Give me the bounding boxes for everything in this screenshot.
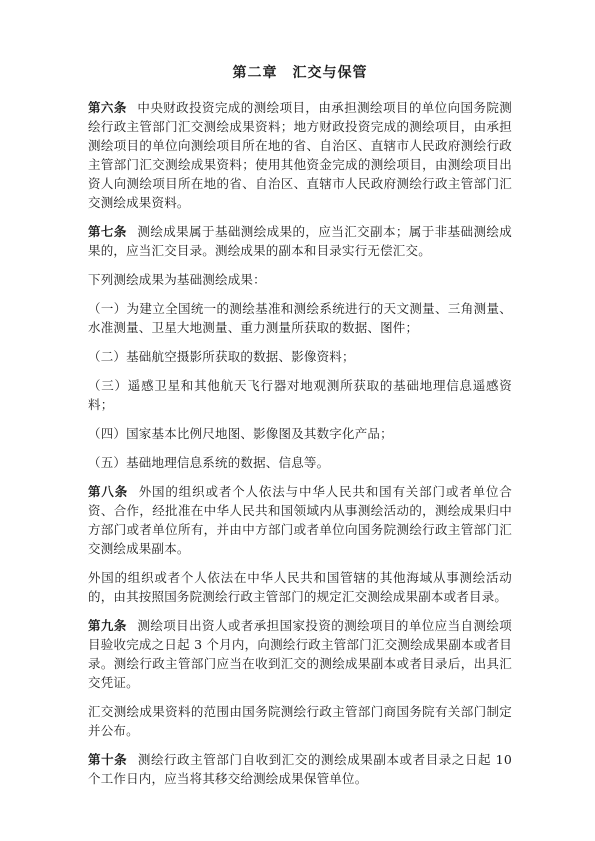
article-6-label: 第六条 — [88, 100, 127, 115]
list-item-4: （四）国家基本比例尺地图、影像图及其数字化产品； — [88, 424, 512, 443]
document-page: 第二章 汇交与保管 第六条中央财政投资完成的测绘项目，由承担测绘项目的单位向国务… — [0, 0, 595, 841]
paragraph-article-7: 第七条测绘成果属于基础测绘成果的，应当汇交副本；属于非基础测绘成果的，应当汇交目… — [88, 222, 512, 260]
article-10-text: 测绘行政主管部门自收到汇交的测绘成果副本或者目录之日起 10 个工作日内，应当将… — [88, 752, 512, 786]
paragraph-article-6: 第六条中央财政投资完成的测绘项目，由承担测绘项目的单位向国务院测绘行政主管部门汇… — [88, 98, 512, 212]
article-10-label: 第十条 — [88, 752, 127, 767]
paragraph-article-10: 第十条测绘行政主管部门自收到汇交的测绘成果副本或者目录之日起 10 个工作日内，… — [88, 750, 512, 788]
paragraph-article-8-supplement: 外国的组织或者个人依法在中华人民共和国管辖的其他海域从事测绘活动的，由其按照国务… — [88, 568, 512, 606]
paragraph-article-9-supplement: 汇交测绘成果资料的范围由国务院测绘行政主管部门商国务院有关部门制定并公布。 — [88, 702, 512, 740]
article-8-label: 第八条 — [88, 484, 128, 499]
document-content: 第二章 汇交与保管 第六条中央财政投资完成的测绘项目，由承担测绘项目的单位向国务… — [88, 64, 512, 798]
article-8-text: 外国的组织或者个人依法与中华人民共和国有关部门或者单位合资、合作，经批准在中华人… — [88, 484, 512, 556]
article-9-text: 测绘项目出资人或者承担国家投资的测绘项目的单位应当自测绘项目验收完成之日起 3 … — [88, 618, 512, 690]
list-item-2: （二）基础航空摄影所获取的数据、影像资料； — [88, 347, 512, 366]
article-7-label: 第七条 — [88, 224, 127, 239]
paragraph-article-8: 第八条外国的组织或者个人依法与中华人民共和国有关部门或者单位合资、合作，经批准在… — [88, 482, 512, 558]
list-item-3: （三）遥感卫星和其他航天飞行器对地观测所获取的基础地理信息遥感资料； — [88, 376, 512, 414]
article-7-text: 测绘成果属于基础测绘成果的，应当汇交副本；属于非基础测绘成果的，应当汇交目录。测… — [88, 224, 512, 258]
article-9-label: 第九条 — [88, 618, 127, 633]
chapter-title: 第二章 汇交与保管 — [88, 64, 512, 82]
article-6-text: 中央财政投资完成的测绘项目，由承担测绘项目的单位向国务院测绘行政主管部门汇交测绘… — [88, 100, 512, 210]
list-item-1: （一）为建立全国统一的测绘基准和测绘系统进行的天文测量、三角测量、水准测量、卫星… — [88, 299, 512, 337]
list-item-5: （五）基础地理信息系统的数据、信息等。 — [88, 453, 512, 472]
paragraph-article-9: 第九条测绘项目出资人或者承担国家投资的测绘项目的单位应当自测绘项目验收完成之日起… — [88, 616, 512, 692]
paragraph-basic-results-intro: 下列测绘成果为基础测绘成果： — [88, 270, 512, 289]
